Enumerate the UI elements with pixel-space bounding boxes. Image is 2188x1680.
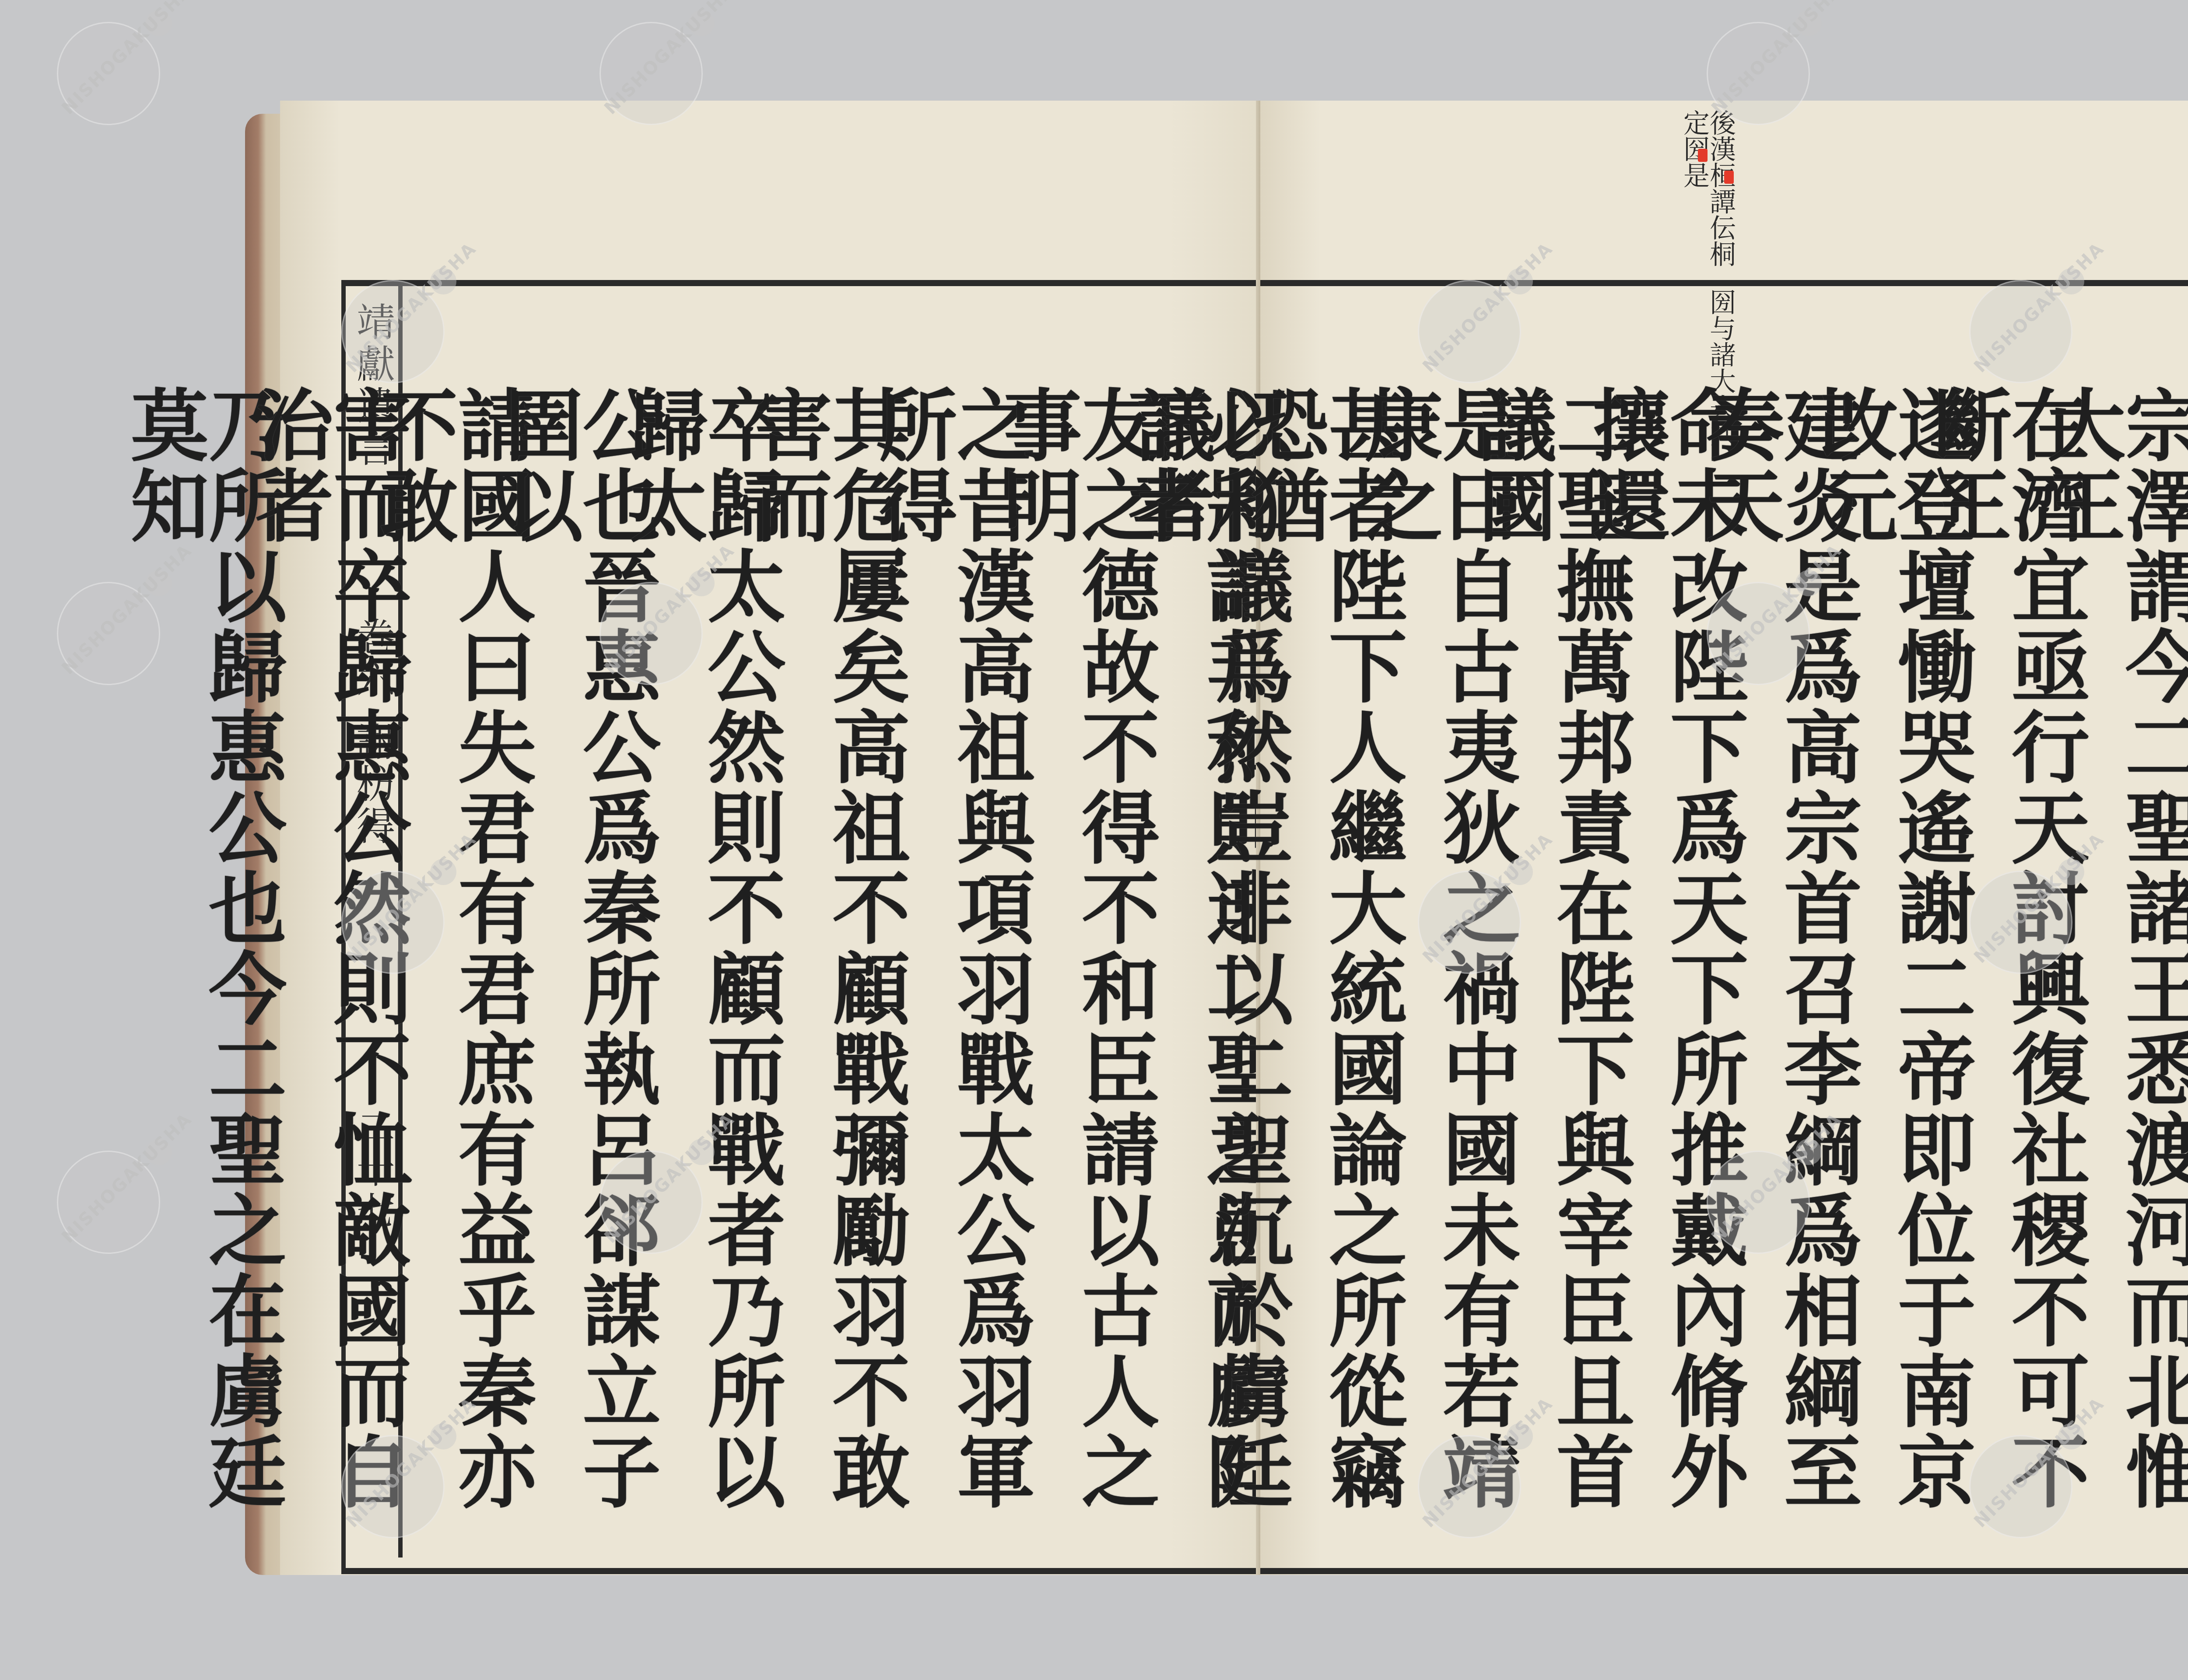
margin-note-line-3: 定圀是 bbox=[1680, 109, 1708, 241]
text-column: 命未改陛下爲天下所推戴內脩外攘還 bbox=[1628, 385, 1742, 1549]
text-column: 遂登壇慟哭遙謝二帝即位于南京改元 bbox=[1855, 385, 1969, 1549]
red-seal-mark bbox=[1724, 171, 1734, 184]
text-column: 二聖撫萬邦責在陛下與宰臣且首議國 bbox=[1514, 385, 1628, 1549]
text-column: 其危屢矣高祖不顧戰彌勵羽不敢害而 bbox=[779, 385, 904, 1549]
text-column: 請國人曰失君有君庶有益乎秦亦不敢 bbox=[405, 385, 529, 1549]
text-column: 公也晉惠公爲秦所執呂郤謀立子圉以 bbox=[529, 385, 654, 1549]
text-column: 甚者陛下人繼大統國論之所從竊恐猶 bbox=[1287, 385, 1400, 1549]
text-column: 友之德故不得不和臣請以古人之事明 bbox=[1028, 385, 1153, 1549]
margin-note-line-1: 後漢桓譚伝桐 bbox=[1707, 109, 1734, 276]
text-column: 之昔漢高祖與項羽戰太公爲羽軍所得 bbox=[904, 385, 1028, 1549]
left-page-text-columns: 必將謂非和則速二聖之患而虧陛下孝 友之德故不得不和臣請以古人之事明 之昔漢高祖與… bbox=[411, 385, 1278, 1549]
open-book: 靖獻遺言 巻六 謝枋得 二十七 必將謂非和則速二聖之患而虧陛下孝 友之德故不得不… bbox=[245, 101, 2188, 1575]
text-column: 宗澤謂今二聖諸王悉渡河而北惟大王 bbox=[2083, 385, 2188, 1549]
text-column: 以和議爲然豈非以二聖沉於虜廷議者 bbox=[1173, 385, 1287, 1549]
right-page-text-columns: 宗澤謂今二聖諸王悉渡河而北惟大王 在濟宜亟行天討興復社稷不可不斷王 遂登壇慟哭遙… bbox=[1269, 385, 2188, 1549]
red-seal-mark bbox=[1698, 149, 1708, 162]
